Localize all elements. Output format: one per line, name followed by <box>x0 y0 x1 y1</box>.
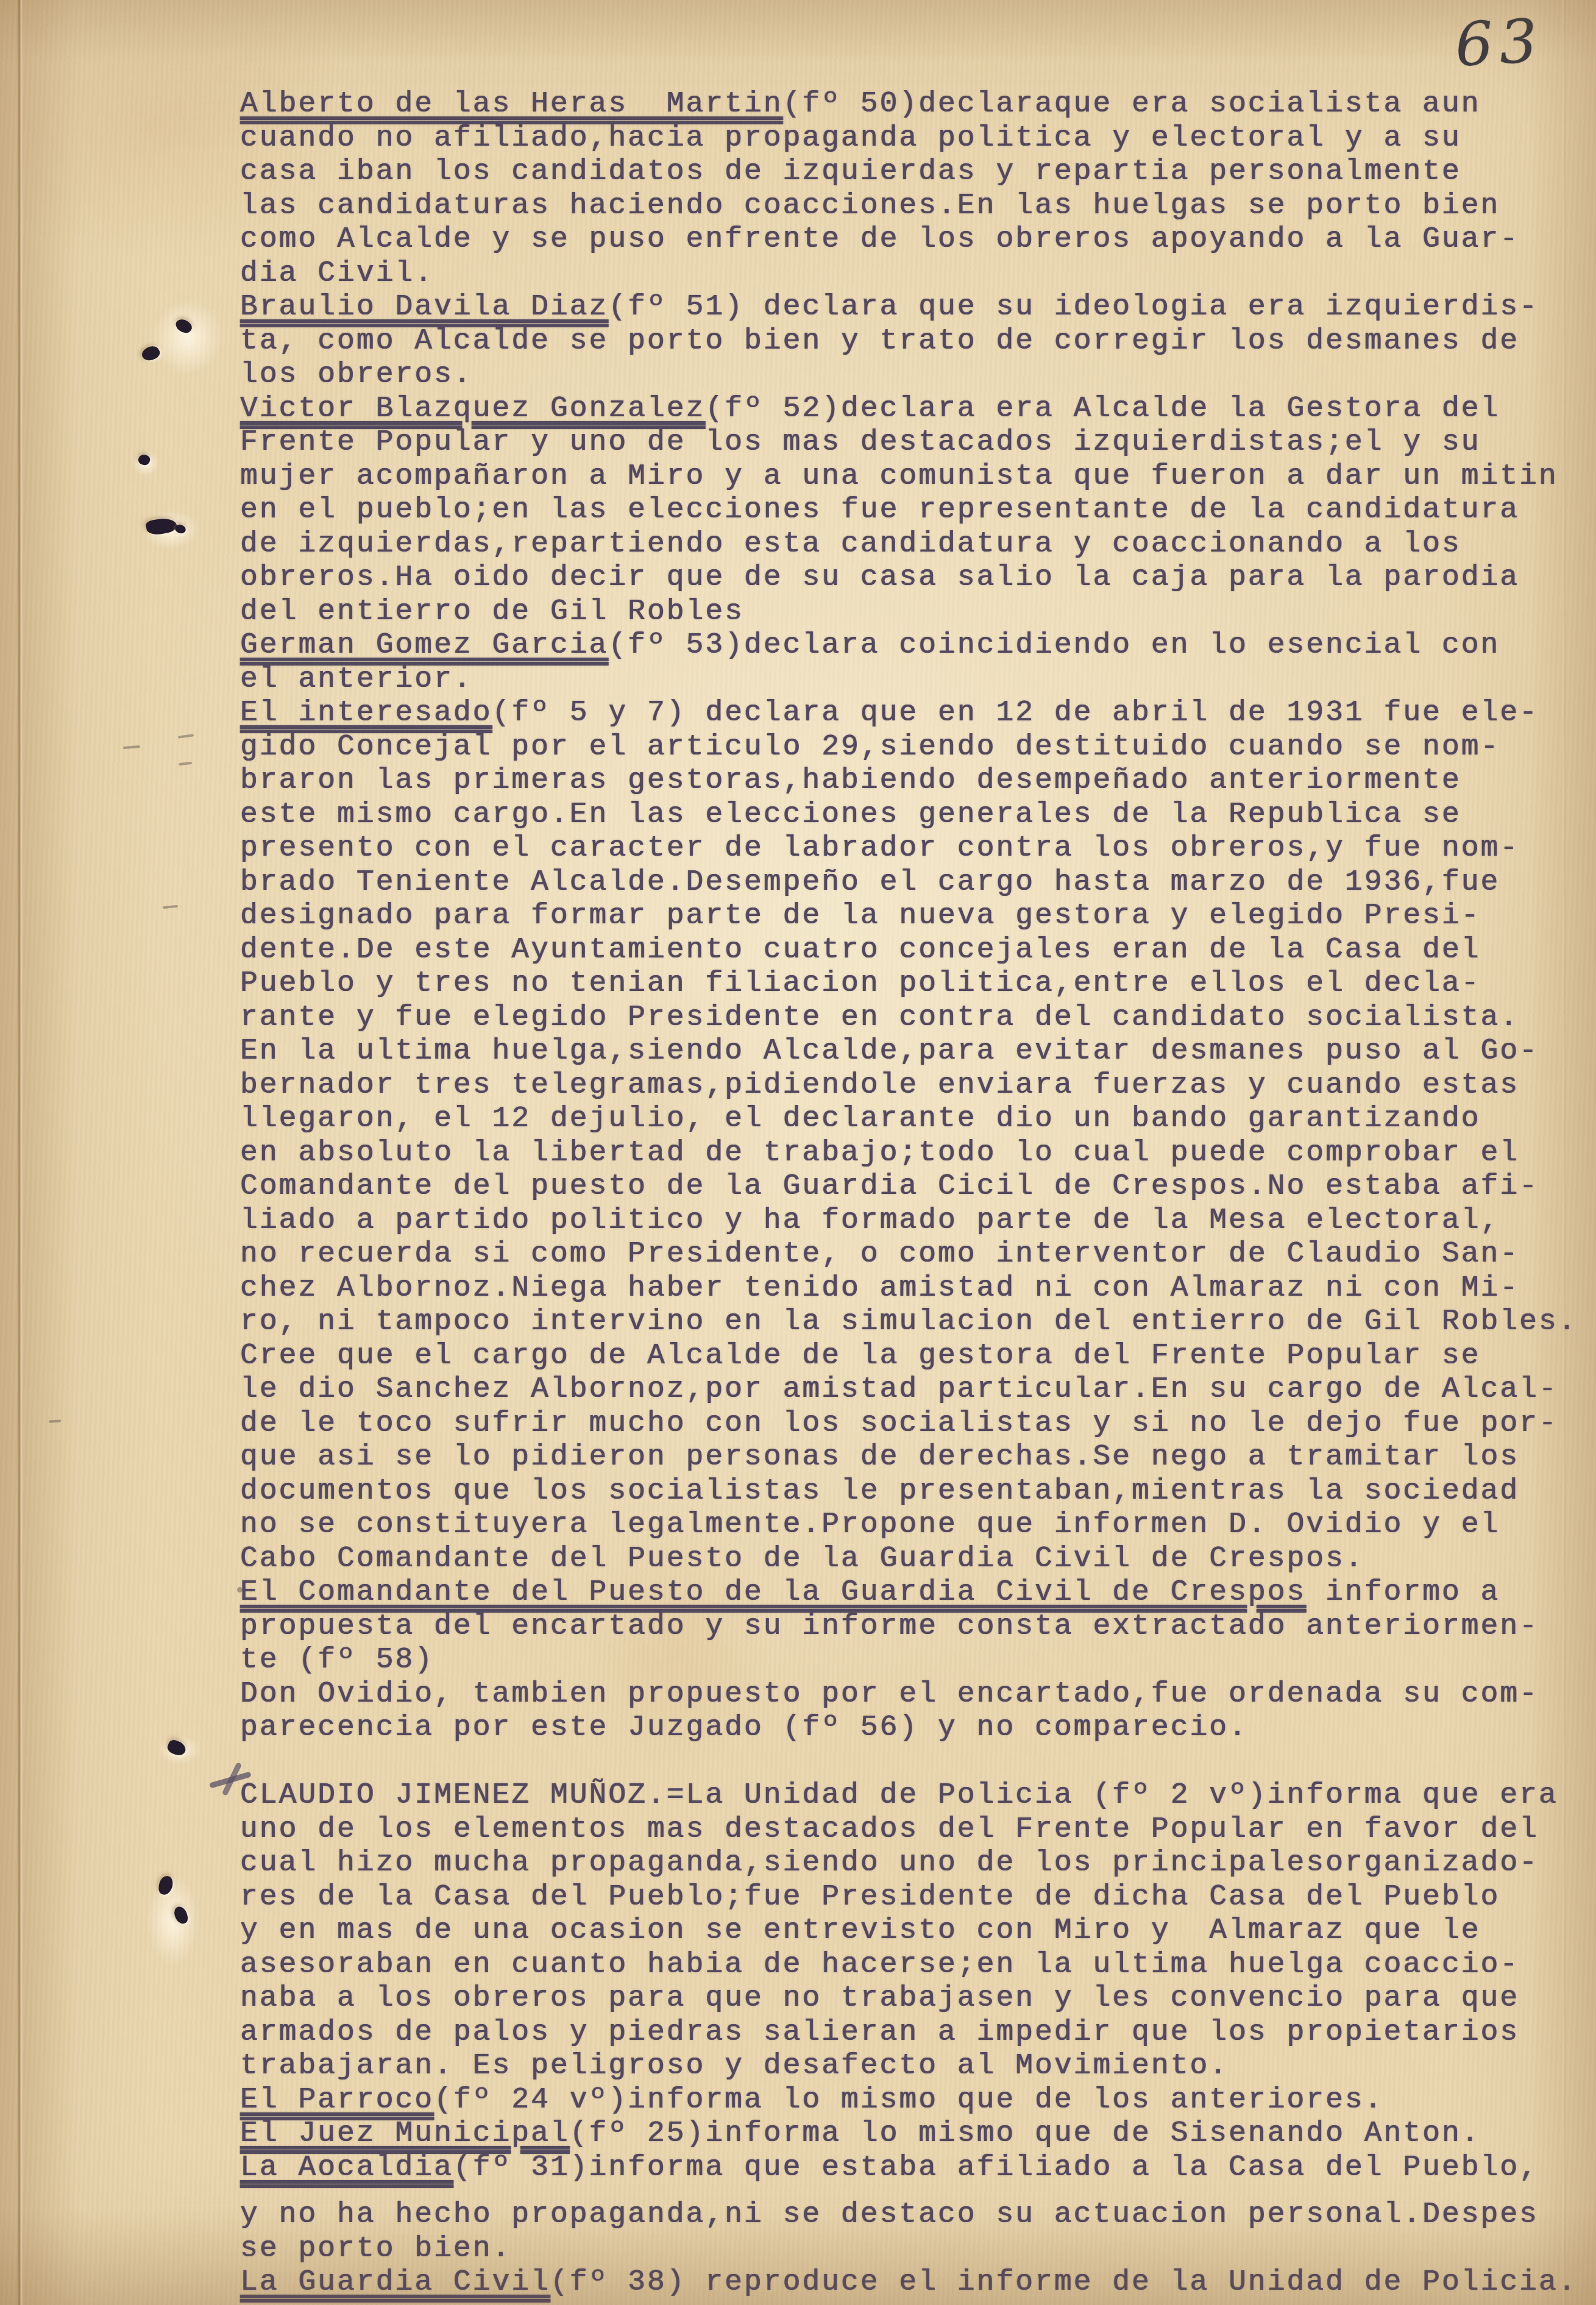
line-text: res de la Casa del Pueblo;fue Presidente… <box>240 1881 1500 1914</box>
typewritten-text: Alberto de las Heras Martin(fº 50)declar… <box>240 88 1578 2300</box>
text-line: en absoluto la libertad de trabajo;todo … <box>240 1137 1578 1171</box>
text-line: parecencia por este Juzgado (fº 56) y no… <box>240 1711 1578 1746</box>
text-line: Don Ovidio, tambien propuesto por el enc… <box>240 1678 1578 1712</box>
line-text: (fº 53)declara coincidiendo en lo esenci… <box>608 629 1500 662</box>
underlined-subject: Braulio Davila Diaz <box>240 291 608 324</box>
line-text: casa iban los candidatos de izquierdas y… <box>240 155 1461 188</box>
scanned-document-page: 63 Alberto de las Heras Martin(fº 50)dec… <box>0 0 1596 2305</box>
line-text: como Alcalde y se puso enfrente de los o… <box>240 223 1519 256</box>
line-text: Comandante del puesto de la Guardia Cici… <box>240 1170 1539 1203</box>
text-line: Alberto de las Heras Martin(fº 50)declar… <box>240 88 1578 122</box>
line-text: Cabo Comandante del Puesto de la Guardia… <box>240 1543 1364 1575</box>
text-line: que asi se lo pidieron personas de derec… <box>240 1441 1578 1475</box>
line-text: en el pueblo;en las elecciones fue repre… <box>240 494 1519 527</box>
text-line: dia Civil. <box>240 257 1578 291</box>
line-text: dente.De este Ayuntamiento cuatro concej… <box>240 934 1481 967</box>
line-text: llegaron, el 12 dejulio, el declarante d… <box>240 1103 1481 1135</box>
line-text: obreros.Ha oido decir que de su casa sal… <box>240 561 1519 594</box>
text-line: dente.De este Ayuntamiento cuatro concej… <box>240 934 1578 968</box>
line-text: cual hizo mucha propaganda,siendo uno de… <box>240 1847 1539 1880</box>
pencil-mark <box>163 905 178 909</box>
line-text: de izquierdas,repartiendo esta candidatu… <box>240 528 1461 561</box>
text-line: este mismo cargo.En las elecciones gener… <box>240 798 1578 833</box>
text-line: se porto bien. <box>240 2232 1578 2267</box>
text-line: casa iban los candidatos de izquierdas y… <box>240 155 1578 190</box>
text-line: obreros.Ha oido decir que de su casa sal… <box>240 561 1578 595</box>
line-text: ta, como Alcalde se porto bien y trato d… <box>240 325 1519 358</box>
line-text: no recuerda si como Presidente, o como i… <box>240 1238 1519 1271</box>
line-text: Cree que el cargo de Alcalde de la gesto… <box>240 1340 1481 1373</box>
underlined-subject: El Juez Municipal <box>240 2117 570 2150</box>
line-text: ro, ni tampoco intervino en la simulacio… <box>240 1305 1578 1338</box>
underlined-subject: Alberto de las Heras Martin <box>240 88 783 121</box>
line-text: cuando no afiliado,hacia propaganda poli… <box>240 122 1461 155</box>
line-text: de le toco sufrir mucho con los socialis… <box>240 1407 1558 1440</box>
text-line: las candidaturas haciendo coacciones.En … <box>240 190 1578 224</box>
pencil-mark <box>179 762 192 766</box>
pencil-mark <box>123 745 140 749</box>
line-text: Frente Popular y uno de los mas destacad… <box>240 426 1481 459</box>
line-text: no se constituyera legalmente.Propone qu… <box>240 1508 1500 1541</box>
line-text: el anterior. <box>240 663 473 696</box>
text-line: Cabo Comandante del Puesto de la Guardia… <box>240 1543 1578 1577</box>
text-line: gido Concejal por el articulo 29,siendo … <box>240 731 1578 765</box>
line-text: propuesta del encartado y su informe con… <box>240 1610 1539 1643</box>
line-text: (fº 52)declara era Alcalde la Gestora de… <box>705 392 1500 425</box>
text-line: braron las primeras gestoras,habiendo de… <box>240 764 1578 798</box>
text-line: documentos que los socialistas le presen… <box>240 1475 1578 1509</box>
line-text: designado para formar parte de la nueva … <box>240 900 1481 932</box>
text-line: designado para formar parte de la nueva … <box>240 900 1578 934</box>
line-text: armados de palos y piedras salieran a im… <box>240 2016 1519 2049</box>
text-line: uno de los elementos mas destacados del … <box>240 1813 1578 1847</box>
text-line: asesoraban en cuanto habia de hacerse;en… <box>240 1948 1578 1983</box>
line-text: los obreros. <box>240 358 473 391</box>
text-line: Braulio Davila Diaz(fº 51) declara que s… <box>240 291 1578 325</box>
line-text: y no ha hecho propaganda,ni se destaco s… <box>240 2198 1539 2231</box>
line-text: este mismo cargo.En las elecciones gener… <box>240 798 1461 831</box>
line-text: informo a <box>1306 1576 1500 1609</box>
underlined-subject: El Parroco <box>240 2084 434 2117</box>
text-line: Pueblo y tres no tenian filiacion politi… <box>240 967 1578 1001</box>
paper-tear <box>141 1864 205 1976</box>
text-line: y no ha hecho propaganda,ni se destaco s… <box>240 2198 1578 2232</box>
text-line: El Juez Municipal(fº 25)informa lo mismo… <box>240 2117 1578 2151</box>
text-line: liado a partido politico y ha formado pa… <box>240 1204 1578 1238</box>
line-text: brado Teniente Alcalde.Desempeño el carg… <box>240 866 1500 899</box>
line-text: parecencia por este Juzgado (fº 56) y no… <box>240 1711 1248 1744</box>
text-line: trabajaran. Es peligroso y desafecto al … <box>240 2050 1578 2084</box>
underlined-subject: Victor Blazquez Gonzalez <box>240 392 705 425</box>
text-line: Victor Blazquez Gonzalez(fº 52)declara e… <box>240 392 1578 427</box>
text-line: le dio Sanchez Albornoz,por amistad part… <box>240 1373 1578 1407</box>
text-line: presento con el caracter de labrador con… <box>240 832 1578 866</box>
text-line: brado Teniente Alcalde.Desempeño el carg… <box>240 866 1578 900</box>
text-line: res de la Casa del Pueblo;fue Presidente… <box>240 1881 1578 1915</box>
text-line: y en mas de una ocasion se entrevisto co… <box>240 1914 1578 1948</box>
text-line: cuando no afiliado,hacia propaganda poli… <box>240 122 1578 156</box>
paper-tear <box>145 291 230 383</box>
text-line: de izquierdas,repartiendo esta candidatu… <box>240 528 1578 562</box>
text-line: El interesado(fº 5 y 7) declara que en 1… <box>240 697 1578 731</box>
text-line: Frente Popular y uno de los mas destacad… <box>240 426 1578 460</box>
text-line: ta, como Alcalde se porto bien y trato d… <box>240 325 1578 359</box>
line-text: se porto bien. <box>240 2232 511 2265</box>
text-line <box>240 1746 1578 1780</box>
line-text: (fº 25)informa lo mismo que de Sisenando… <box>570 2117 1481 2150</box>
text-line: el anterior. <box>240 663 1578 697</box>
text-line: propuesta del encartado y su informe con… <box>240 1610 1578 1644</box>
text-line: en el pueblo;en las elecciones fue repre… <box>240 494 1578 528</box>
text-line: como Alcalde y se puso enfrente de los o… <box>240 223 1578 257</box>
text-line: los obreros. <box>240 358 1578 392</box>
text-line: cual hizo mucha propaganda,siendo uno de… <box>240 1847 1578 1881</box>
underlined-subject: El Comandante del Puesto de la Guardia C… <box>240 1576 1306 1609</box>
text-line: mujer acompañaron a Miro y a una comunis… <box>240 460 1578 494</box>
text-line: de le toco sufrir mucho con los socialis… <box>240 1407 1578 1441</box>
line-text <box>240 1746 260 1778</box>
line-text: documentos que los socialistas le presen… <box>240 1475 1519 1508</box>
line-text: presento con el caracter de labrador con… <box>240 832 1519 865</box>
line-text: en absoluto la libertad de trabajo;todo … <box>240 1137 1519 1170</box>
text-line: naba a los obreros para que no trabajase… <box>240 1982 1578 2016</box>
underlined-subject: La Guardia Civil <box>240 2266 550 2299</box>
text-line: no recuerda si como Presidente, o como i… <box>240 1238 1578 1272</box>
line-text: (fº 51) declara que su ideologia era izq… <box>608 291 1539 324</box>
pencil-mark <box>49 1419 61 1422</box>
line-text: del entierro de Gil Robles <box>240 595 744 628</box>
line-text: que asi se lo pidieron personas de derec… <box>240 1441 1519 1474</box>
line-text: las candidaturas haciendo coacciones.En … <box>240 190 1500 222</box>
text-line: En la ultima huelga,siendo Alcalde,para … <box>240 1035 1578 1069</box>
text-line: German Gomez Garcia(fº 53)declara coinci… <box>240 629 1578 663</box>
line-text: braron las primeras gestoras,habiendo de… <box>240 764 1461 797</box>
line-text: naba a los obreros para que no trabajase… <box>240 1982 1519 2015</box>
line-text: le dio Sanchez Albornoz,por amistad part… <box>240 1373 1558 1406</box>
text-line: bernador tres telegramas,pidiendole envi… <box>240 1069 1578 1103</box>
pencil-mark <box>178 734 194 739</box>
line-text: uno de los elementos mas destacados del … <box>240 1813 1539 1846</box>
line-text: bernador tres telegramas,pidiendole envi… <box>240 1069 1519 1102</box>
text-line: Cree que el cargo de Alcalde de la gesto… <box>240 1340 1578 1374</box>
underlined-subject: German Gomez Garcia <box>240 629 608 662</box>
line-text: En la ultima huelga,siendo Alcalde,para … <box>240 1035 1539 1068</box>
line-text: (fº 5 y 7) declara que en 12 de abril de… <box>492 697 1538 730</box>
line-text: mujer acompañaron a Miro y a una comunis… <box>240 460 1558 493</box>
line-text: asesoraban en cuanto habia de hacerse;en… <box>240 1948 1519 1981</box>
text-line: chez Albornoz.Niega haber tenido amistad… <box>240 1272 1578 1306</box>
line-text: trabajaran. Es peligroso y desafecto al … <box>240 2050 1229 2083</box>
line-text: dia Civil. <box>240 257 434 290</box>
text-line: armados de palos y piedras salieran a im… <box>240 2016 1578 2050</box>
text-line: te (fº 58) <box>240 1644 1578 1678</box>
text-line: El Parroco(fº 24 vº)informa lo mismo que… <box>240 2084 1578 2118</box>
text-line: La Guardia Civil(fº 38) reproduce el inf… <box>240 2266 1578 2300</box>
line-text: CLAUDIO JIMENEZ MUÑOZ.=La Unidad de Poli… <box>240 1779 1558 1812</box>
line-text: (fº 38) reproduce el informe de la Unida… <box>550 2266 1578 2299</box>
underlined-subject: La Aocaldia <box>240 2151 453 2184</box>
line-text: (fº 31)informa que estaba afiliado a la … <box>453 2151 1539 2184</box>
line-text: rante y fue elegido Presidente en contra… <box>240 1001 1519 1034</box>
text-line: El Comandante del Puesto de la Guardia C… <box>240 1576 1578 1610</box>
line-text: liado a partido politico y ha formado pa… <box>240 1204 1500 1237</box>
text-line: CLAUDIO JIMENEZ MUÑOZ.=La Unidad de Poli… <box>240 1779 1578 1813</box>
line-text: gido Concejal por el articulo 29,siendo … <box>240 731 1500 764</box>
text-line: llegaron, el 12 dejulio, el declarante d… <box>240 1103 1578 1137</box>
line-text: Don Ovidio, tambien propuesto por el enc… <box>240 1678 1539 1711</box>
line-text: (fº 24 vº)informa lo mismo que de los an… <box>434 2084 1383 2117</box>
text-line: rante y fue elegido Presidente en contra… <box>240 1001 1578 1035</box>
line-text: (fº 50)declaraque era socialista aun <box>783 88 1481 121</box>
text-line: Comandante del puesto de la Guardia Cici… <box>240 1170 1578 1204</box>
text-line: La Aocaldia(fº 31)informa que estaba afi… <box>240 2151 1578 2186</box>
fold-crease-left <box>17 0 23 2305</box>
line-text: chez Albornoz.Niega haber tenido amistad… <box>240 1272 1519 1305</box>
text-line: no se constituyera legalmente.Propone qu… <box>240 1508 1578 1543</box>
handwritten-page-number: 63 <box>1453 6 1545 80</box>
text-line: del entierro de Gil Robles <box>240 595 1578 630</box>
underlined-subject: El interesado <box>240 697 492 730</box>
text-line: ro, ni tampoco intervino en la simulacio… <box>240 1305 1578 1340</box>
line-text: y en mas de una ocasion se entrevisto co… <box>240 1914 1481 1947</box>
line-text: te (fº 58) <box>240 1644 434 1677</box>
line-text: Pueblo y tres no tenian filiacion politi… <box>240 967 1481 1000</box>
